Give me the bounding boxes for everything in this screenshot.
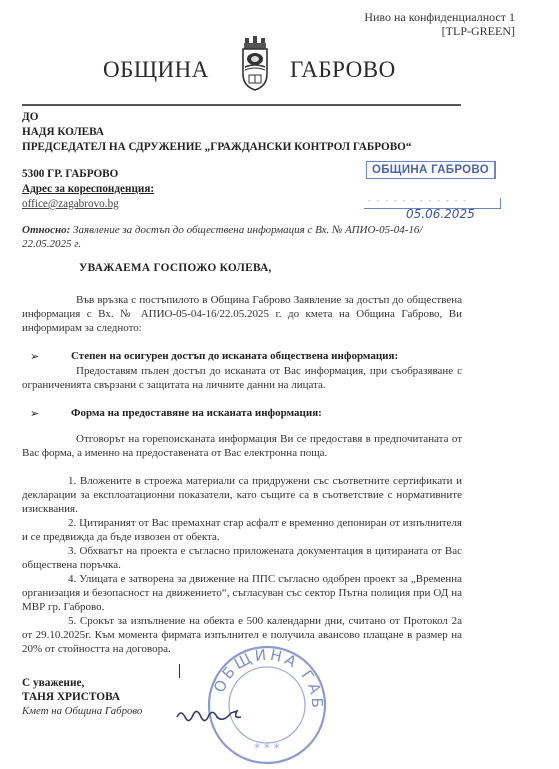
org-name-right: ГАБРОВО xyxy=(290,57,396,83)
list-item: 3. Обхватът на проекта е съгласно прилож… xyxy=(22,544,462,572)
subject-line: Относно: Заявление за достъп до обществе… xyxy=(22,223,462,251)
list-item: 4. Улицата е затворена за движение на ПП… xyxy=(22,572,462,614)
recipient-to: ДО xyxy=(22,110,411,125)
svg-text:* * *: * * * xyxy=(254,741,280,755)
signature-block: С уважение, ТАНЯ ХРИСТОВА Кмет на Община… xyxy=(22,676,142,718)
arrow-bullet-icon: ➢ xyxy=(30,407,39,420)
salutation: УВАЖАЕМА ГОСПОЖО КОЛЕВА, xyxy=(79,262,272,274)
section-text-delivery-form: Отговорът на горепоисканата информация В… xyxy=(22,432,462,460)
signatory-position: Кмет на Община Габрово xyxy=(22,704,142,718)
org-name-left: ОБЩИНА xyxy=(103,57,209,83)
section-text-access-level: Предоставям пълен достъп до исканата от … xyxy=(22,364,462,392)
correspondence-label: Адрес за кореспонденция: xyxy=(22,182,411,197)
svg-text:ОБЩИНА ГАБРОВО: ОБЩИНА ГАБРОВО xyxy=(202,640,326,711)
subject-text: Заявление за достъп до обществена информ… xyxy=(22,224,422,250)
list-item: 1. Вложените в строежа материали са прид… xyxy=(22,474,462,516)
handwritten-signature xyxy=(175,705,295,730)
stamp-date: 05.06.2025 xyxy=(406,207,475,221)
arrow-bullet-icon: ➢ xyxy=(30,350,39,363)
header-divider xyxy=(22,104,461,106)
tlp-tag: [TLP-GREEN] xyxy=(364,24,515,38)
list-item: 2. Цитираният от Вас премахнат стар асфа… xyxy=(22,516,462,544)
confidentiality-label: Ниво на конфиденциалност 1 [TLP-GREEN] xyxy=(364,10,515,38)
subject-label: Относно: xyxy=(22,224,70,236)
gabrovo-coat-of-arms-icon xyxy=(240,36,270,92)
confidentiality-level: Ниво на конфиденциалност 1 xyxy=(364,10,515,24)
recipient-title: ПРЕДСЕДАТЕЛ НА СДРУЖЕНИЕ „ГРАЖДАНСКИ КОН… xyxy=(22,140,411,155)
closing: С уважение, xyxy=(22,676,142,690)
recipient-name: НАДЯ КОЛЕВА xyxy=(22,125,411,140)
section-heading-access-level: Степен на осигурен достъп до исканата об… xyxy=(71,350,398,362)
registration-stamp: ОБЩИНА ГАБРОВО xyxy=(366,161,496,179)
recipient-email[interactable]: office@zagabrovo.bg xyxy=(22,197,411,212)
signatory-name: ТАНЯ ХРИСТОВА xyxy=(22,690,142,704)
section-heading-delivery-form: Форма на предоставяне на исканата информ… xyxy=(71,407,322,419)
recipient-city: 5300 ГР. ГАБРОВО xyxy=(22,167,411,182)
intro-paragraph: Във връзка с постъпилото в Община Габров… xyxy=(22,293,462,335)
signature-mark xyxy=(179,664,180,678)
recipient-block: ДО НАДЯ КОЛЕВА ПРЕДСЕДАТЕЛ НА СДРУЖЕНИЕ … xyxy=(22,110,411,212)
